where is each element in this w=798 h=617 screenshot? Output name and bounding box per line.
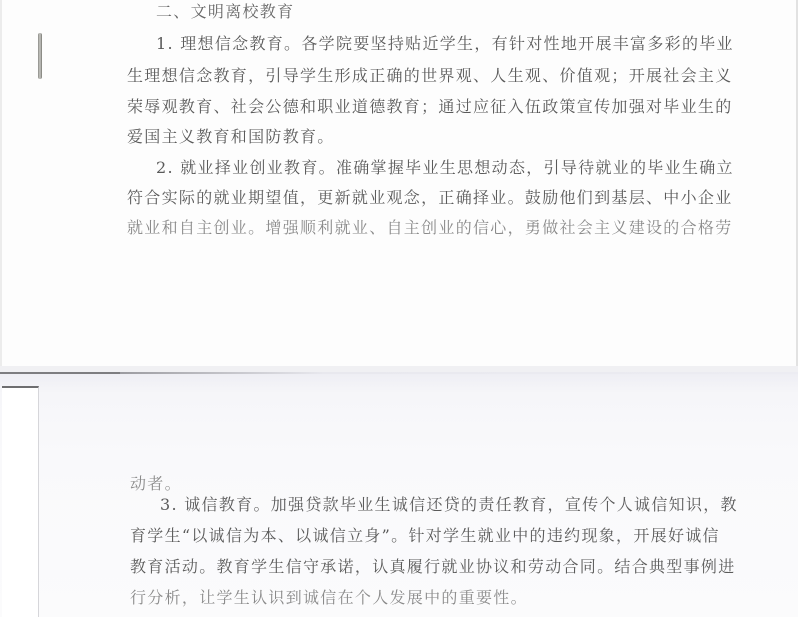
item1-line-4: 爱国主义教育和国防教育。 bbox=[127, 127, 335, 147]
section-heading: 二、文明离校教育 bbox=[156, 2, 294, 22]
item3-line-1: 3. 诚信教育。加强贷款毕业生诚信还贷的责任教育，宣传个人诚信知识，教 bbox=[160, 495, 738, 515]
item1-line-2: 生理想信念教育，引导学生形成正确的世界观、人生观、价值观；开展社会主义 bbox=[127, 66, 733, 86]
item3-line-2: 育学生“以诚信为本、以诚信立身”。针对学生就业中的违约现象，开展好诚信 bbox=[130, 526, 720, 546]
document-page-bottom: 动者。 3. 诚信教育。加强贷款毕业生诚信还贷的责任教育，宣传个人诚信知识，教 … bbox=[0, 372, 798, 617]
scanned-document-view: 二、文明离校教育 1. 理想信念教育。各学院要坚持贴近学生，有针对性地开展丰富多… bbox=[0, 0, 798, 617]
item3-line-3: 教育活动。教育学生信守承诺，认真履行就业协议和劳动合同。结合典型事例进 bbox=[130, 557, 736, 577]
item3-line-4: 行分析，让学生认识到诚信在个人发展中的重要性。 bbox=[130, 588, 528, 608]
item2-line-3: 就业和自主创业。增强顺利就业、自主创业的信心，勇做社会主义建设的合格劳 bbox=[127, 218, 733, 238]
document-page-top: 二、文明离校教育 1. 理想信念教育。各学院要坚持贴近学生，有针对性地开展丰富多… bbox=[0, 0, 798, 366]
item2-line-1: 2. 就业择业创业教育。准确掌握毕业生思想动态，引导待就业的毕业生确立 bbox=[156, 158, 734, 178]
continuation-text: 动者。 bbox=[130, 474, 182, 494]
item2-line-2: 符合实际的就业期望值，更新就业观念，正确择业。鼓励他们到基层、中小企业 bbox=[127, 188, 733, 208]
staple-mark-icon bbox=[38, 33, 42, 79]
item1-line-3: 荣辱观教育、社会公德和职业道德教育；通过应征入伍政策宣传加强对毕业生的 bbox=[127, 97, 733, 117]
item1-line-1: 1. 理想信念教育。各学院要坚持贴近学生，有针对性地开展丰富多彩的毕业 bbox=[156, 34, 734, 54]
page-binding-strip bbox=[2, 386, 39, 617]
page-edge-shadow bbox=[120, 372, 798, 374]
